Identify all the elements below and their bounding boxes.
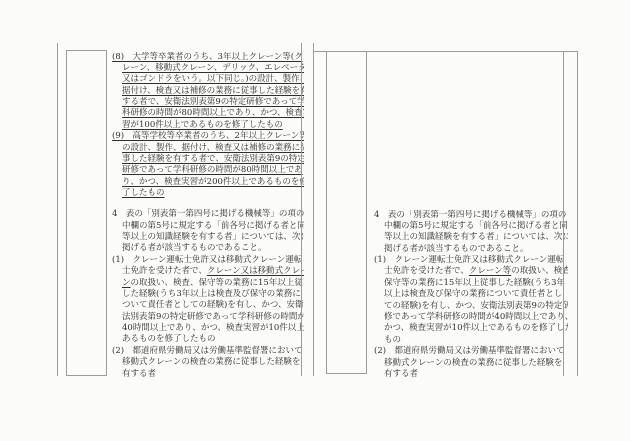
text-line: 保守等の業務に15年以上従事した経験(うち3年 (374, 278, 568, 289)
text-segment: 士免許を受けた者で、 (122, 266, 207, 276)
text-line: あるものを修了したもの (112, 334, 304, 345)
text-line: (1) クレーン運転士免許又は移動式クレーン運転 (374, 255, 568, 266)
text-line: ンの取扱い、検査、保守等の業務に15年以上従事 (112, 278, 304, 289)
text-line: 士免許を受けた者で、クレーン又は移動式クレー (112, 266, 304, 277)
text-line: 中欄の第5号に規定する「前各号に掲げる者と同 (374, 221, 568, 232)
underlined-text-segment: 事した経験を有する者で、安衛法別表第9の特定 (122, 154, 304, 164)
text-segment: 移動式クレーンの検査の業務に従事した経験を (384, 358, 562, 368)
text-segment: 修であって学科研修の時間が40時間以上であり、 (384, 312, 568, 322)
text-segment: (2) 都道府県労働局又は労働基準監督署において (374, 346, 565, 356)
underlined-text-segment: 研修であって学科研修の時間が80時間以上であ (122, 165, 303, 175)
text-segment: 4 表の「別表第一第四号に掲げる機械等」の項の (112, 209, 304, 219)
text-line: 移動式クレーンの検査の業務に従事した経験を (112, 357, 304, 368)
text-segment: 保守等の業務に15年以上従事した経験(うち3年 (384, 278, 565, 288)
underlined-text-segment: り、かつ、検査実習が200件以上であるものを修 (122, 177, 304, 187)
text-line: 4 表の「別表第一第四号に掲げる機械等」の項の (374, 210, 568, 221)
left-page-text-column: (8) 大学等卒業者のうち、3年以上クレーン等(クレーン、移動式クレーン、デリッ… (112, 52, 304, 382)
text-line: 修であって学科研修の時間が40時間以上であり、 (374, 312, 568, 323)
underlined-text-segment: クレーン又は移動式クレー (207, 266, 304, 276)
text-segment: もの (384, 335, 401, 345)
text-line: ての経験)を有し、かつ、安衛法別表第9の特定研 (374, 301, 568, 312)
text-line: (1) クレーン運転士免許又は移動式クレーン運転 (112, 255, 304, 266)
text-line: 事した経験を有する者で、安衛法別表第9の特定 (112, 154, 304, 165)
text-segment: かつ、検査実習が10件以上であるものを修了した (384, 323, 568, 333)
text-line: 掲げる者が該当するものであること。 (112, 243, 304, 254)
text-segment: 有する者 (122, 369, 156, 379)
text-line: 法別表第9の特定研修であって学科研修の時間が (112, 312, 304, 323)
text-segment: 等以上の知識経験を有する者」については、次に (384, 232, 568, 242)
underlined-text-segment: 据付け、検査又は補修の業務に従事した経験を有 (122, 86, 304, 96)
text-line: 中欄の第5号に規定する「前各号に掲げる者と同 (112, 221, 304, 232)
text-segment: 士免許を受けた者で、 (384, 266, 469, 276)
text-segment: ての経験)を有し、かつ、安衛法別表第9の特定研 (384, 301, 568, 311)
text-line: 4 表の「別表第一第四号に掲げる機械等」の項の (112, 209, 304, 220)
text-line: レーン、移動式クレーン、デリック、エレベーター (112, 63, 304, 74)
left-page-right-border (301, 43, 302, 376)
text-segment: した経験(うち3年以上は検査及び保守の業務に (122, 289, 301, 299)
right-page-outer-border (577, 51, 578, 376)
text-segment: の取扱い、検査、保守等の業務に15年以上従事 (131, 278, 304, 288)
text-segment: 4 表の「別表第一第四号に掲げる機械等」の項の (374, 210, 566, 220)
text-line: 習が100件以上であるものを修了したもの (112, 120, 304, 131)
left-page-item-number-cell (66, 50, 107, 376)
text-line: (2) 都道府県労働局又は労働基準監督署において (374, 346, 568, 357)
text-segment: 法別表第9の特定研修であって学科研修の時間が (122, 312, 304, 322)
right-page-text-column: 4 表の「別表第一第四号に掲げる機械等」の項の中欄の第5号に規定する「前各号に掲… (374, 210, 568, 382)
text-segment: 40時間以上であり、かつ、検査実習が10件以上で (122, 323, 304, 333)
text-line: かつ、検査実習が10件以上であるものを修了した (374, 323, 568, 334)
text-line: (9) 高等学校等卒業者のうち、2年以上クレーン等 (112, 131, 304, 142)
text-line: 掲げる者が該当するものであること。 (374, 244, 568, 255)
text-segment: 掲げる者が該当するものであること。 (122, 243, 267, 253)
text-line: する者で、安衛法別表第9の特定研修であって学 (112, 97, 304, 108)
underlined-text-segment: の設計、製作、据付け、検査又は補修の業務に従 (122, 143, 304, 153)
text-line: の設計、製作、据付け、検査又は補修の業務に従 (112, 143, 304, 154)
underlined-text-segment: クレーン等 (469, 266, 511, 276)
text-line: 移動式クレーンの検査の業務に従事した経験を (374, 358, 568, 369)
text-line: 又はゴンドラをいう。以下同じ。)の設計、製作、 (112, 74, 304, 85)
text-segment: (2) 都道府県労働局又は労働基準監督署において (112, 346, 303, 356)
text-line: 研修であって学科研修の時間が80時間以上であ (112, 165, 304, 176)
text-segment: 有する者 (384, 369, 418, 379)
text-line: 科研修の時間が80時間以上であり、かつ、検査実 (112, 108, 304, 119)
text-segment: 以上は検査及び保守の業務について責任者とし (384, 289, 562, 299)
text-line: (2) 都道府県労働局又は労働基準監督署において (112, 346, 304, 357)
text-line: 以上は検査及び保守の業務について責任者とし (374, 289, 568, 300)
text-line: 等以上の知識経験を有する者」については、次に (112, 232, 304, 243)
text-line: ついて責任者としての経験)を有し、かつ、安衛 (112, 300, 304, 311)
text-line: 据付け、検査又は補修の業務に従事した経験を有 (112, 86, 304, 97)
text-line: 40時間以上であり、かつ、検査実習が10件以上で (112, 323, 304, 334)
text-line: 有する者 (112, 369, 304, 380)
text-segment: 中欄の第5号に規定する「前各号に掲げる者と同 (384, 221, 568, 231)
text-line: (8) 大学等卒業者のうち、3年以上クレーン等(ク (112, 52, 304, 63)
text-line: 了したもの (112, 188, 304, 199)
underlined-text-segment: (9) 高等学校等卒業者のうち、2年以上クレーン等 (112, 131, 304, 141)
underlined-text-segment: する者で、安衛法別表第9の特定研修であって学 (122, 97, 304, 107)
underlined-text-segment: レーン、移動式クレーン、デリック、エレベーター (122, 63, 304, 73)
underlined-text-segment: 了したもの (122, 188, 165, 198)
text-line: 等以上の知識経験を有する者」については、次に (374, 232, 568, 243)
text-line: 有する者 (374, 369, 568, 380)
underlined-text-segment: 科研修の時間が80時間以上であり、かつ、検査実 (122, 108, 304, 118)
scanned-document-page: (8) 大学等卒業者のうち、3年以上クレーン等(クレーン、移動式クレーン、デリッ… (0, 0, 630, 441)
text-line: 士免許を受けた者で、クレーン等の取扱い、検査、 (374, 266, 568, 277)
text-segment: の取扱い、検査、 (511, 266, 568, 276)
text-segment: あるものを修了したもの (122, 334, 216, 344)
right-page-left-border (313, 43, 314, 376)
text-segment: 中欄の第5号に規定する「前各号に掲げる者と同 (122, 221, 304, 231)
text-segment: 移動式クレーンの検査の業務に従事した経験を (122, 357, 300, 367)
text-segment: 掲げる者が該当するものであること。 (384, 244, 529, 254)
text-line: もの (374, 335, 568, 346)
right-page-inner-border (563, 51, 564, 376)
underlined-text-segment: 又はゴンドラをいう。以下同じ。)の設計、製作、 (122, 74, 304, 84)
right-page-item-number-cell (326, 51, 367, 374)
underlined-text-segment: ン (122, 278, 131, 288)
text-segment: 等以上の知識経験を有する者」については、次に (122, 232, 304, 242)
text-segment: (1) クレーン運転士免許又は移動式クレーン運転 (112, 255, 302, 265)
text-line: した経験(うち3年以上は検査及び保守の業務に (112, 289, 304, 300)
text-segment: ついて責任者としての経験)を有し、かつ、安衛 (122, 300, 303, 310)
left-page-outer-border (57, 43, 58, 376)
text-segment: (1) クレーン運転士免許又は移動式クレーン運転 (374, 255, 564, 265)
text-line: り、かつ、検査実習が200件以上であるものを修 (112, 177, 304, 188)
underlined-text-segment: 習が100件以上であるものを修了したもの (122, 120, 283, 130)
underlined-text-segment: (8) 大学等卒業者のうち、3年以上クレーン等(ク (112, 52, 303, 62)
